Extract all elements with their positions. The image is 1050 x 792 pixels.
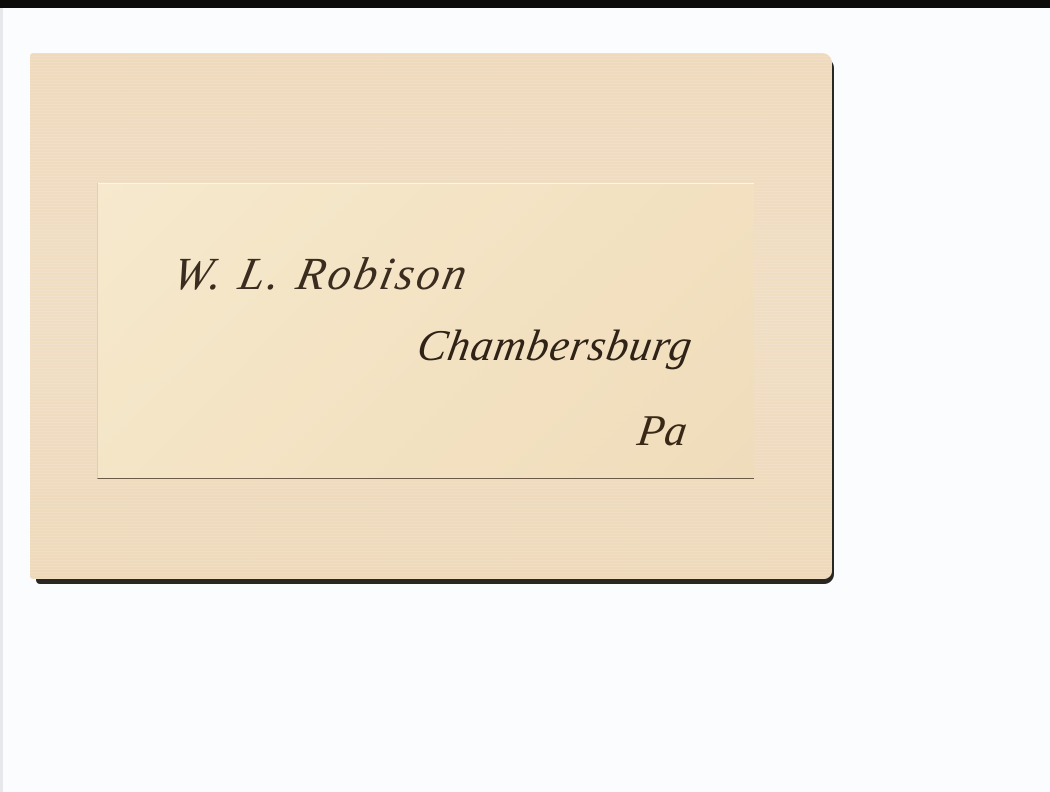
- bleed-through-ink: [278, 188, 538, 248]
- scanner-top-band: [0, 0, 1050, 8]
- scanner-left-edge: [0, 8, 3, 792]
- signature-slip: W. L. Robison Chambersburg Pa: [97, 183, 754, 479]
- handwritten-name: W. L. Robison: [168, 247, 475, 300]
- mount-card: W. L. Robison Chambersburg Pa: [30, 53, 832, 579]
- handwritten-state: Pa: [634, 405, 690, 456]
- handwritten-city: Chambersburg: [414, 320, 697, 371]
